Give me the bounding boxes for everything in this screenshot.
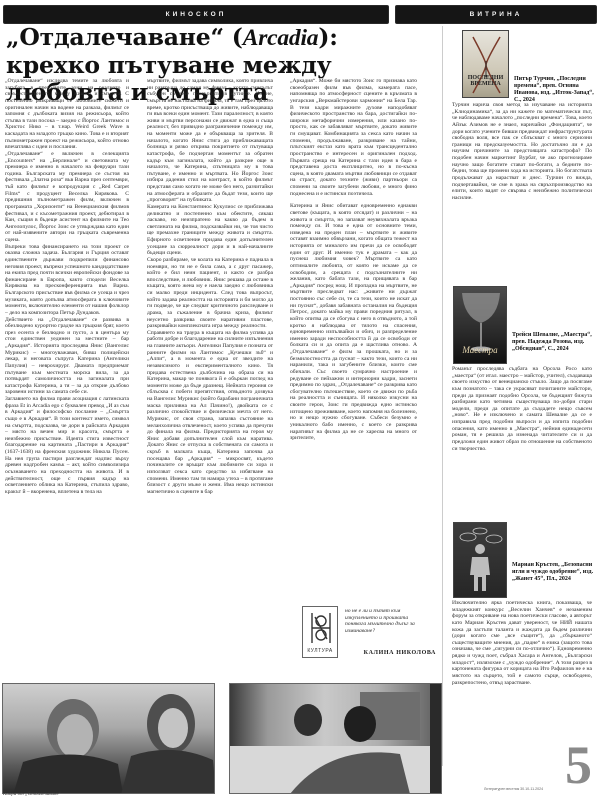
kultura-logo: КУЛТУРА <box>302 606 338 658</box>
book-meta-2: Трейси Шевалие, „Маестра“, прев. Надежда… <box>512 332 598 353</box>
paragraph: мъртвите, филмът задава символика, която… <box>147 78 273 204</box>
book-review-2: Романът проследява съдбата на Орсола Рос… <box>452 366 592 506</box>
article-closing-text: но не е ли и пътят към изкуплението и пр… <box>345 608 417 634</box>
paragraph: Заглавието на филма прави асоциация с ла… <box>5 396 129 495</box>
book-meta-3: Мариан Кръстев, „Безопасни игли и чуждо … <box>512 562 598 583</box>
book-meta-1: Питър Турчин, „Последни времена“, прев. … <box>514 76 598 104</box>
cover-title: Маестра <box>454 345 506 355</box>
article-column-3: „Аркадия“. Може би мястото Зоис го призн… <box>290 78 417 546</box>
paragraph: „Отдалечаване“ е включен в селекцията „E… <box>5 151 129 244</box>
page-number: 5 <box>565 738 592 792</box>
paragraph: Действието на „Отдалечаване“ се развива … <box>5 317 129 397</box>
book-cover-posledni-vremena: ПОСЛЕДНИ ВРЕМЕНА <box>462 30 509 98</box>
paragraph: Скоро разбираме, че колата на Катерина е… <box>147 257 273 330</box>
film-still-bedroom-image <box>230 684 442 794</box>
hourglass-icon <box>463 31 509 98</box>
section-rubric-kinoskop: КИНОСКОП <box>4 6 388 23</box>
paragraph: Камерата на Константинос Кукулиос се при… <box>147 204 273 257</box>
film-still-photo-2 <box>229 683 442 794</box>
paragraph: „Отдалечаване“ изследва темите за любовт… <box>5 78 129 151</box>
book-cover-bezopasni-igli <box>453 522 507 598</box>
book-review-3: Изключително ярка поетическа книга, пока… <box>452 600 592 752</box>
film-still-photo-1 <box>2 683 215 794</box>
cover-title: ПОСЛЕДНИ ВРЕМЕНА <box>463 75 508 87</box>
paragraph: Въпреки това финансирането на този проек… <box>5 244 129 317</box>
author-byline: КАЛИНА НИКОЛОВА <box>346 650 436 656</box>
paragraph: „Аркадия“. Може би мястото Зоис го призн… <box>290 78 417 197</box>
article-column-2: мъртвите, филмът задава символика, която… <box>147 78 273 644</box>
section-rubric-vitrina: ВИТРИНА <box>396 6 596 23</box>
column-divider <box>442 26 443 766</box>
headline-italic-title: Arcadia <box>243 25 319 51</box>
book-cover-maestra: Маестра <box>453 286 507 364</box>
kultura-emblem-icon <box>309 611 333 645</box>
article-column-1: „Отдалечаване“ изследва темите за любовт… <box>5 78 129 644</box>
book-review-1: Турчин нарича своя метод за изучаване на… <box>452 102 592 244</box>
headline-text-1: „Отдалечаване“ ( <box>6 23 243 51</box>
paper-figure-icon <box>454 523 507 598</box>
paragraph: Катерина и Янис обитават едновременно ед… <box>290 203 417 442</box>
paragraph: Справянето на траура в къщата на филма у… <box>147 330 273 496</box>
photo-caption: Кадри от „Отдалечаване“ <box>3 792 61 797</box>
film-still-couple-image <box>3 684 215 794</box>
logo-caption: КУЛТУРА <box>303 648 337 654</box>
page-footer: Литературен вестник 30.10-11.2024 <box>484 787 543 791</box>
